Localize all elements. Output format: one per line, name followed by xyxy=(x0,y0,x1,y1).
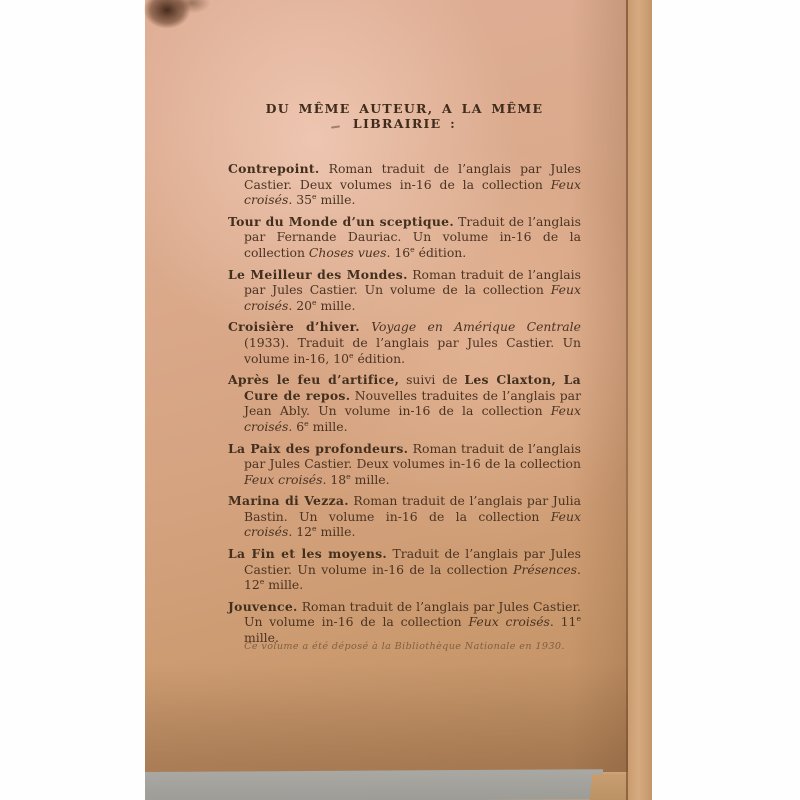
text-segment: Le Meilleur des Mondes. xyxy=(228,267,408,282)
book-entry-fin-et-moyens: La Fin et les moyens. Traduit de l’angla… xyxy=(228,546,581,593)
text-segment: . 35 xyxy=(288,192,312,207)
text-segment: . 18 xyxy=(323,472,347,487)
text-segment: mille. xyxy=(264,577,303,592)
text-segment: . 6 xyxy=(288,419,304,434)
text-segment: mille. xyxy=(309,419,348,434)
text-segment: . 20 xyxy=(288,298,312,313)
text-segment: e xyxy=(576,614,581,623)
text-segment: Présences xyxy=(513,562,577,577)
text-segment: Tour du Monde d’un sceptique. xyxy=(228,214,454,229)
printed-text-block: DU MÊME AUTEUR, A LA MÊME LIBRAIRIE : Co… xyxy=(228,101,581,652)
text-segment: Croisière d’hiver. xyxy=(228,319,360,334)
book-entry-meilleur-des-mondes: Le Meilleur des Mondes. Roman traduit de… xyxy=(228,267,581,314)
text-segment: La Fin et les moyens. xyxy=(228,546,387,561)
text-segment: Marina di Vezza. xyxy=(228,493,349,508)
book-scan-photo: DU MÊME AUTEUR, A LA MÊME LIBRAIRIE : Co… xyxy=(145,0,652,800)
book-entry-croisiere-dhiver: Croisière d’hiver. Voyage en Amérique Ce… xyxy=(228,319,581,366)
text-segment: mille. xyxy=(317,298,356,313)
book-entry-jouvence: Jouvence. Roman traduit de l’anglais par… xyxy=(228,599,581,646)
deposit-notice: Ce volume a été déposé à la Bibliothèque… xyxy=(228,641,581,652)
text-segment xyxy=(360,319,371,334)
text-segment: Voyage en Amérique Centrale xyxy=(371,319,581,334)
text-segment: Contrepoint. xyxy=(228,161,320,176)
text-segment: mille. xyxy=(351,472,390,487)
book-entry-tour-du-monde: Tour du Monde d’un sceptique. Traduit de… xyxy=(228,214,581,261)
text-segment: (1933). Traduit de l’anglais par Jules C… xyxy=(244,335,581,366)
text-segment: Feux croisés xyxy=(468,614,549,629)
text-segment: Choses vues xyxy=(309,245,387,260)
text-segment: . 16 xyxy=(387,245,411,260)
text-segment: Après le feu d’artifice, xyxy=(228,372,399,387)
book-entry-contrepoint: Contrepoint. Roman traduit de l’anglais … xyxy=(228,161,581,208)
table-background-band xyxy=(145,769,603,800)
book-entry-marina-di-vezza: Marina di Vezza. Roman traduit de l’angl… xyxy=(228,493,581,540)
text-segment: mille. xyxy=(317,192,356,207)
text-segment: Jouvence. xyxy=(228,599,298,614)
text-segment: mille. xyxy=(317,524,356,539)
text-segment: suivi de xyxy=(399,372,464,387)
text-segment: . 11 xyxy=(550,614,577,629)
text-segment: . 12 xyxy=(288,524,312,539)
page-edge-strip xyxy=(628,0,652,800)
text-segment: édition. xyxy=(415,245,467,260)
text-segment: La Paix des profondeurs. xyxy=(228,441,408,456)
book-page: DU MÊME AUTEUR, A LA MÊME LIBRAIRIE : Co… xyxy=(145,0,628,772)
book-entry-apres-le-feu: Après le feu d’artifice, suivi de Les Cl… xyxy=(228,372,581,434)
text-segment: édition. xyxy=(354,351,406,366)
book-entry-paix-des-profondeurs: La Paix des profondeurs. Roman traduit d… xyxy=(228,441,581,488)
page-header: DU MÊME AUTEUR, A LA MÊME LIBRAIRIE : xyxy=(228,101,581,131)
text-segment: Feux croisés xyxy=(244,472,323,487)
